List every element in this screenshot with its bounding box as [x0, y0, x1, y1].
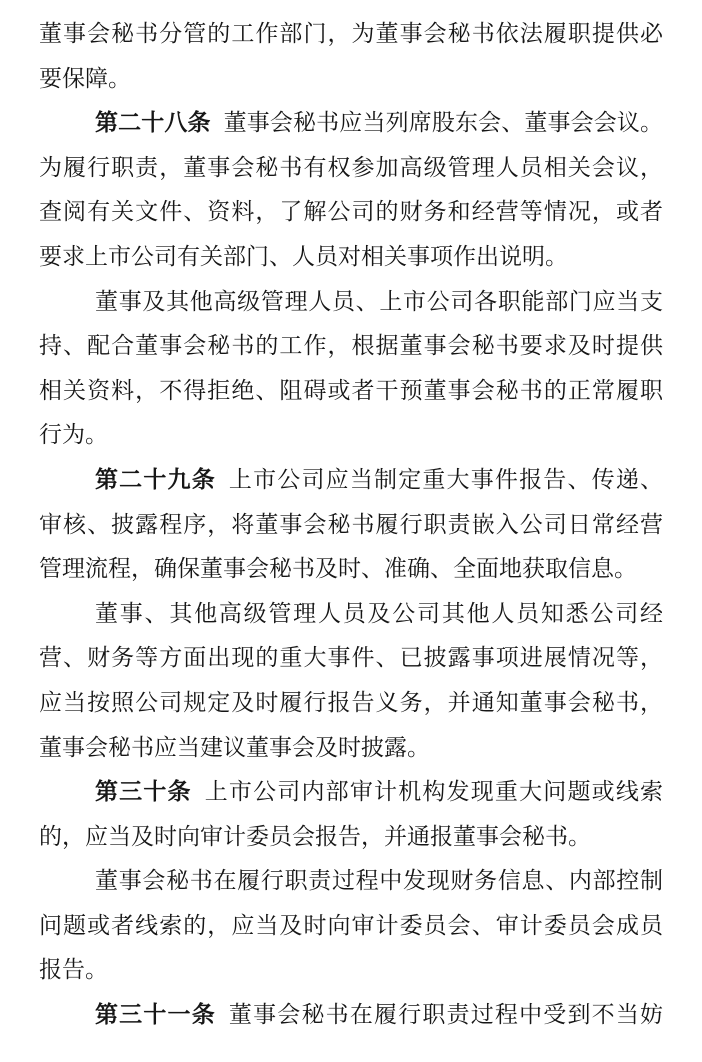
text-line: 行为。: [39, 413, 663, 458]
text-line: 董事及其他高级管理人员、上市公司各职能部门应当支: [39, 280, 663, 325]
text-run: 董事会秘书在履行职责过程中发现财务信息、内部控制: [95, 868, 663, 893]
text-run: 上市公司内部审计机构发现重大问题或线索: [205, 779, 663, 804]
text-line: 查阅有关文件、资料，了解公司的财务和经营等情况，或者: [39, 190, 663, 235]
document-page: 董事会秘书分管的工作部门，为董事会秘书依法履职提供必要保障。第二十八条董事会秘书…: [0, 0, 702, 1062]
text-run: 报告。: [39, 957, 108, 982]
text-run: 审核、披露程序，将董事会秘书履行职责嵌入公司日常经营: [39, 512, 663, 537]
text-line: 要保障。: [39, 57, 663, 102]
text-line: 董事、其他高级管理人员及公司其他人员知悉公司经: [39, 592, 663, 637]
text-run: 董事会秘书应当建议董事会及时披露。: [39, 735, 430, 760]
text-line: 董事会秘书应当建议董事会及时披露。: [39, 726, 663, 771]
text-run: 为履行职责，董事会秘书有权参加高级管理人员相关会议，: [39, 155, 663, 180]
text-line: 应当按照公司规定及时履行报告义务，并通知董事会秘书，: [39, 681, 663, 726]
text-line: 董事会秘书分管的工作部门，为董事会秘书依法履职提供必: [39, 12, 663, 57]
text-run: 董事会秘书在履行职责过程中受到不当妨: [229, 1002, 663, 1027]
text-run: 要求上市公司有关部门、人员对相关事项作出说明。: [39, 244, 568, 269]
text-run: 行为。: [39, 422, 108, 447]
text-run: 上市公司应当制定重大事件报告、传递、: [229, 467, 663, 492]
text-line: 问题或者线索的，应当及时向审计委员会、审计委员会成员: [39, 904, 663, 949]
text-run: 应当按照公司规定及时履行报告义务，并通知董事会秘书，: [39, 690, 663, 715]
text-run: 董事及其他高级管理人员、上市公司各职能部门应当支: [95, 289, 663, 314]
text-line: 审核、披露程序，将董事会秘书履行职责嵌入公司日常经营: [39, 503, 663, 548]
text-run: 的，应当及时向审计委员会报告，并通报董事会秘书。: [39, 824, 591, 849]
text-run: 董事会秘书分管的工作部门，为董事会秘书依法履职提供必: [39, 21, 663, 46]
text-line: 为履行职责，董事会秘书有权参加高级管理人员相关会议，: [39, 146, 663, 191]
text-run: 持、配合董事会秘书的工作，根据董事会秘书要求及时提供: [39, 333, 663, 358]
text-line: 的，应当及时向审计委员会报告，并通报董事会秘书。: [39, 815, 663, 860]
text-run: 董事、其他高级管理人员及公司其他人员知悉公司经: [95, 601, 663, 626]
text-run: 查阅有关文件、资料，了解公司的财务和经营等情况，或者: [39, 199, 663, 224]
text-line: 第二十八条董事会秘书应当列席股东会、董事会会议。: [39, 101, 663, 146]
text-run: 相关资料，不得拒绝、阻碍或者干预董事会秘书的正常履职: [39, 378, 663, 403]
text-line: 相关资料，不得拒绝、阻碍或者干预董事会秘书的正常履职: [39, 369, 663, 414]
text-line: 管理流程，确保董事会秘书及时、准确、全面地获取信息。: [39, 547, 663, 592]
text-column: 董事会秘书分管的工作部门，为董事会秘书依法履职提供必要保障。第二十八条董事会秘书…: [39, 12, 663, 1038]
text-run: 营、财务等方面出现的重大事件、已披露事项进展情况等，: [39, 645, 663, 670]
article-number: 第二十九条: [95, 467, 216, 492]
text-line: 营、财务等方面出现的重大事件、已披露事项进展情况等，: [39, 636, 663, 681]
text-run: 董事会秘书应当列席股东会、董事会会议。: [224, 110, 663, 135]
article-number: 第二十八条: [95, 110, 211, 135]
article-number: 第三十一条: [95, 1002, 216, 1027]
text-run: 管理流程，确保董事会秘书及时、准确、全面地获取信息。: [39, 556, 637, 581]
text-line: 要求上市公司有关部门、人员对相关事项作出说明。: [39, 235, 663, 280]
text-line: 第三十一条董事会秘书在履行职责过程中受到不当妨: [39, 993, 663, 1038]
text-line: 第二十九条上市公司应当制定重大事件报告、传递、: [39, 458, 663, 503]
article-number: 第三十条: [95, 779, 192, 804]
text-line: 董事会秘书在履行职责过程中发现财务信息、内部控制: [39, 859, 663, 904]
text-run: 要保障。: [39, 66, 131, 91]
text-line: 持、配合董事会秘书的工作，根据董事会秘书要求及时提供: [39, 324, 663, 369]
text-run: 问题或者线索的，应当及时向审计委员会、审计委员会成员: [39, 913, 663, 938]
text-line: 报告。: [39, 948, 663, 993]
text-line: 第三十条上市公司内部审计机构发现重大问题或线索: [39, 770, 663, 815]
